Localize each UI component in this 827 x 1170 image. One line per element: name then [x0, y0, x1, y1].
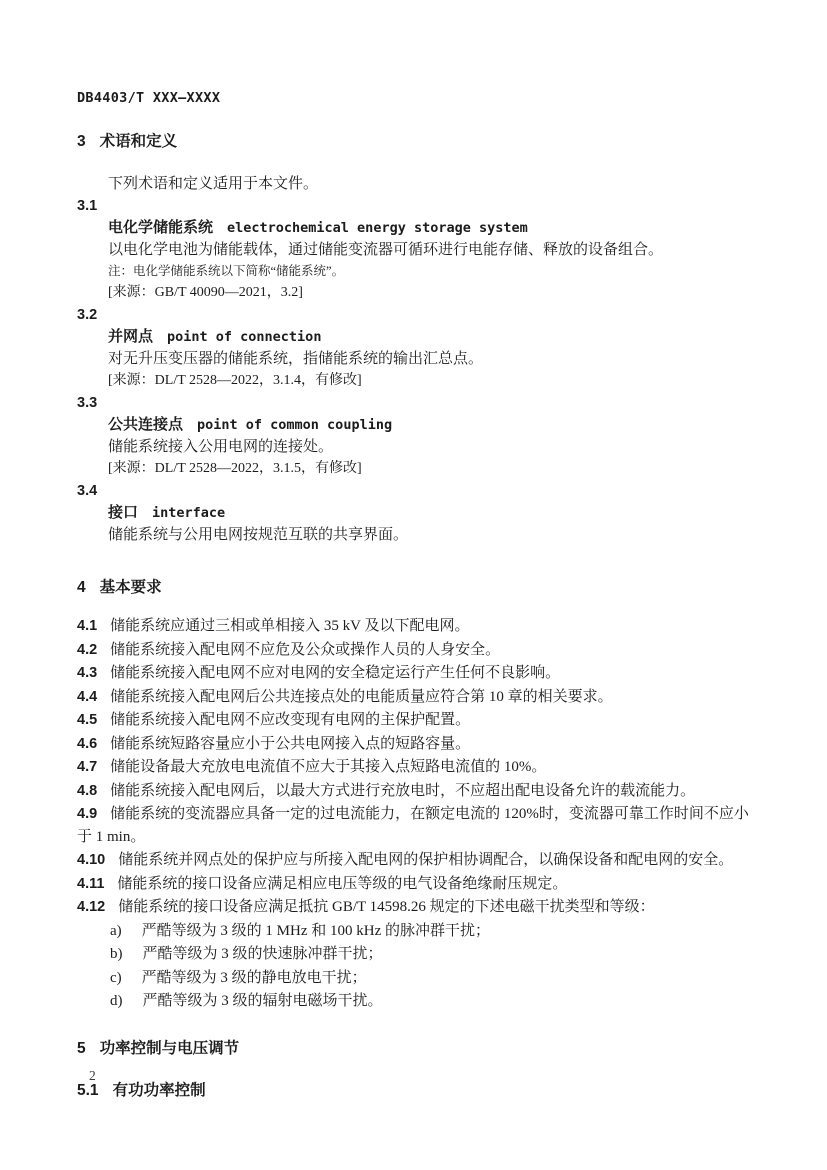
term-source: [来源：GB/T 40090—2021，3.2]	[77, 282, 755, 304]
term-definition: 储能系统接入公用电网的连接处。	[77, 436, 755, 458]
term-chinese: 接口	[108, 504, 138, 521]
item-number: 4.8	[77, 783, 97, 799]
requirement-item: 4.3储能系统接入配电网不应对电网的安全稳定运行产生任何不良影响。	[77, 662, 755, 685]
term-english: interface	[152, 505, 225, 521]
requirement-subitem: c)严酷等级为 3 级的静电放电干扰；	[77, 967, 755, 990]
term-block-3-4: 3.4 接口interface 储能系统与公用电网按规范互联的共享界面。	[77, 480, 755, 546]
item-text: 储能系统接入配电网后公共连接点处的电能质量应符合第 10 章的相关要求。	[110, 689, 613, 705]
item-text: 储能系统的接口设备应满足相应电压等级的电气设备绝缘耐压规定。	[117, 876, 567, 892]
term-chinese: 电化学储能系统	[108, 219, 213, 236]
term-source: [来源：DL/T 2528—2022，3.1.4，有修改]	[77, 370, 755, 392]
terms-intro: 下列术语和定义适用于本文件。	[77, 173, 755, 195]
term-block-3-2: 3.2 并网点point of connection 对无升压变压器的储能系统，…	[77, 304, 755, 392]
subitem-label: d)	[110, 993, 123, 1009]
item-number: 4.7	[77, 759, 97, 775]
requirement-item: 4.4储能系统接入配电网后公共连接点处的电能质量应符合第 10 章的相关要求。	[77, 686, 755, 709]
requirement-item: 4.9储能系统的变流器应具备一定的过电流能力，在额定电流的 120%时，变流器可…	[77, 803, 755, 848]
section-5-title: 功率控制与电压调节	[100, 1040, 240, 1057]
item-text: 储能系统短路容量应小于公共电网接入点的短路容量。	[110, 736, 470, 752]
item-text: 储能系统接入配电网后，以最大方式进行充放电时，不应超出配电设备允许的载流能力。	[110, 783, 695, 799]
requirement-item: 4.11储能系统的接口设备应满足相应电压等级的电气设备绝缘耐压规定。	[77, 873, 755, 896]
item-number: 4.2	[77, 642, 97, 658]
clause-number: 3.2	[77, 304, 755, 326]
term-line: 公共连接点point of common coupling	[77, 414, 755, 436]
item-text: 储能系统的变流器应具备一定的过电流能力，在额定电流的 120%时，变流器可靠工作…	[77, 806, 749, 845]
section-4-title: 基本要求	[100, 579, 162, 596]
clause-number: 3.4	[77, 480, 755, 502]
section-5-1-heading: 5.1有功功率控制	[77, 1079, 755, 1103]
section-4-heading: 4基本要求	[77, 576, 755, 600]
section-5-heading: 5功率控制与电压调节	[77, 1037, 755, 1061]
requirement-item: 4.7储能设备最大充放电电流值不应大于其接入点短路电流值的 10%。	[77, 756, 755, 779]
item-text: 储能系统应通过三相或单相接入 35 kV 及以下配电网。	[110, 618, 469, 634]
term-block-3-1: 3.1 电化学储能系统electrochemical energy storag…	[77, 195, 755, 304]
section-5-1-number: 5.1	[77, 1082, 99, 1099]
term-line: 电化学储能系统electrochemical energy storage sy…	[77, 217, 755, 239]
term-block-3-3: 3.3 公共连接点point of common coupling 储能系统接入…	[77, 392, 755, 480]
requirement-item: 4.1储能系统应通过三相或单相接入 35 kV 及以下配电网。	[77, 615, 755, 638]
item-number: 4.9	[77, 806, 97, 822]
subitem-text: 严酷等级为 3 级的辐射电磁场干扰。	[143, 993, 383, 1009]
item-number: 4.3	[77, 665, 97, 681]
term-chinese: 公共连接点	[108, 416, 183, 433]
item-text: 储能系统接入配电网不应改变现有电网的主保护配置。	[110, 712, 470, 728]
requirement-item: 4.12储能系统的接口设备应满足抵抗 GB/T 14598.26 规定的下述电磁…	[77, 896, 755, 919]
requirement-subitem: b)严酷等级为 3 级的快速脉冲群干扰；	[77, 943, 755, 966]
term-english: electrochemical energy storage system	[227, 220, 528, 236]
requirement-item: 4.6储能系统短路容量应小于公共电网接入点的短路容量。	[77, 733, 755, 756]
subitem-label: a)	[110, 923, 122, 939]
section-3-heading: 3术语和定义	[77, 130, 755, 154]
term-definition: 以电化学电池为储能载体，通过储能变流器可循环进行电能存储、释放的设备组合。	[77, 239, 755, 261]
item-number: 4.6	[77, 736, 97, 752]
subitem-text: 严酷等级为 3 级的 1 MHz 和 100 kHz 的脉冲群干扰；	[142, 923, 490, 939]
item-text: 储能系统接入配电网不应危及公众或操作人员的人身安全。	[110, 642, 500, 658]
term-chinese: 并网点	[108, 328, 153, 345]
term-line: 接口interface	[77, 502, 755, 524]
term-english: point of common coupling	[197, 417, 392, 433]
document-code-header: DB4403/T XXX—XXXX	[77, 90, 755, 106]
item-number: 4.11	[77, 876, 104, 892]
subitem-label: c)	[110, 970, 122, 986]
section-3-title: 术语和定义	[100, 133, 178, 150]
subitem-text: 严酷等级为 3 级的静电放电干扰；	[142, 970, 367, 986]
item-number: 4.1	[77, 618, 97, 634]
item-number: 4.10	[77, 852, 105, 868]
item-text: 储能系统并网点处的保护应与所接入配电网的保护相协调配合，以确保设备和配电网的安全…	[118, 852, 733, 868]
requirement-subitem: d)严酷等级为 3 级的辐射电磁场干扰。	[77, 990, 755, 1013]
term-source: [来源：DL/T 2528—2022，3.1.5，有修改]	[77, 458, 755, 480]
item-number: 4.12	[77, 899, 105, 915]
clause-number: 3.1	[77, 195, 755, 217]
item-text: 储能设备最大充放电电流值不应大于其接入点短路电流值的 10%。	[110, 759, 546, 775]
requirement-item: 4.8储能系统接入配电网后，以最大方式进行充放电时，不应超出配电设备允许的载流能…	[77, 780, 755, 803]
requirement-subitem: a)严酷等级为 3 级的 1 MHz 和 100 kHz 的脉冲群干扰；	[77, 920, 755, 943]
document-page: DB4403/T XXX—XXXX 3术语和定义 下列术语和定义适用于本文件。 …	[0, 0, 827, 1170]
section-4-items: 4.1储能系统应通过三相或单相接入 35 kV 及以下配电网。 4.2储能系统接…	[77, 615, 755, 1013]
requirement-item: 4.5储能系统接入配电网不应改变现有电网的主保护配置。	[77, 709, 755, 732]
term-definition: 储能系统与公用电网按规范互联的共享界面。	[77, 524, 755, 546]
requirement-item: 4.10储能系统并网点处的保护应与所接入配电网的保护相协调配合，以确保设备和配电…	[77, 849, 755, 872]
item-number: 4.4	[77, 689, 97, 705]
section-4-number: 4	[77, 579, 86, 596]
term-definition: 对无升压变压器的储能系统，指储能系统的输出汇总点。	[77, 348, 755, 370]
section-5-number: 5	[77, 1040, 86, 1057]
requirement-item: 4.2储能系统接入配电网不应危及公众或操作人员的人身安全。	[77, 639, 755, 662]
page-content: DB4403/T XXX—XXXX 3术语和定义 下列术语和定义适用于本文件。 …	[0, 0, 827, 1103]
section-5-1-title: 有功功率控制	[113, 1082, 206, 1099]
subitem-text: 严酷等级为 3 级的快速脉冲群干扰；	[143, 946, 383, 962]
term-english: point of connection	[167, 329, 321, 345]
item-number: 4.5	[77, 712, 97, 728]
section-3-number: 3	[77, 133, 86, 150]
item-text: 储能系统接入配电网不应对电网的安全稳定运行产生任何不良影响。	[110, 665, 560, 681]
term-note: 注：电化学储能系统以下简称“储能系统”。	[77, 261, 755, 282]
item-text: 储能系统的接口设备应满足抵抗 GB/T 14598.26 规定的下述电磁干扰类型…	[118, 899, 654, 915]
clause-number: 3.3	[77, 392, 755, 414]
subitem-label: b)	[110, 946, 123, 962]
page-number: 2	[89, 1068, 96, 1084]
term-line: 并网点point of connection	[77, 326, 755, 348]
